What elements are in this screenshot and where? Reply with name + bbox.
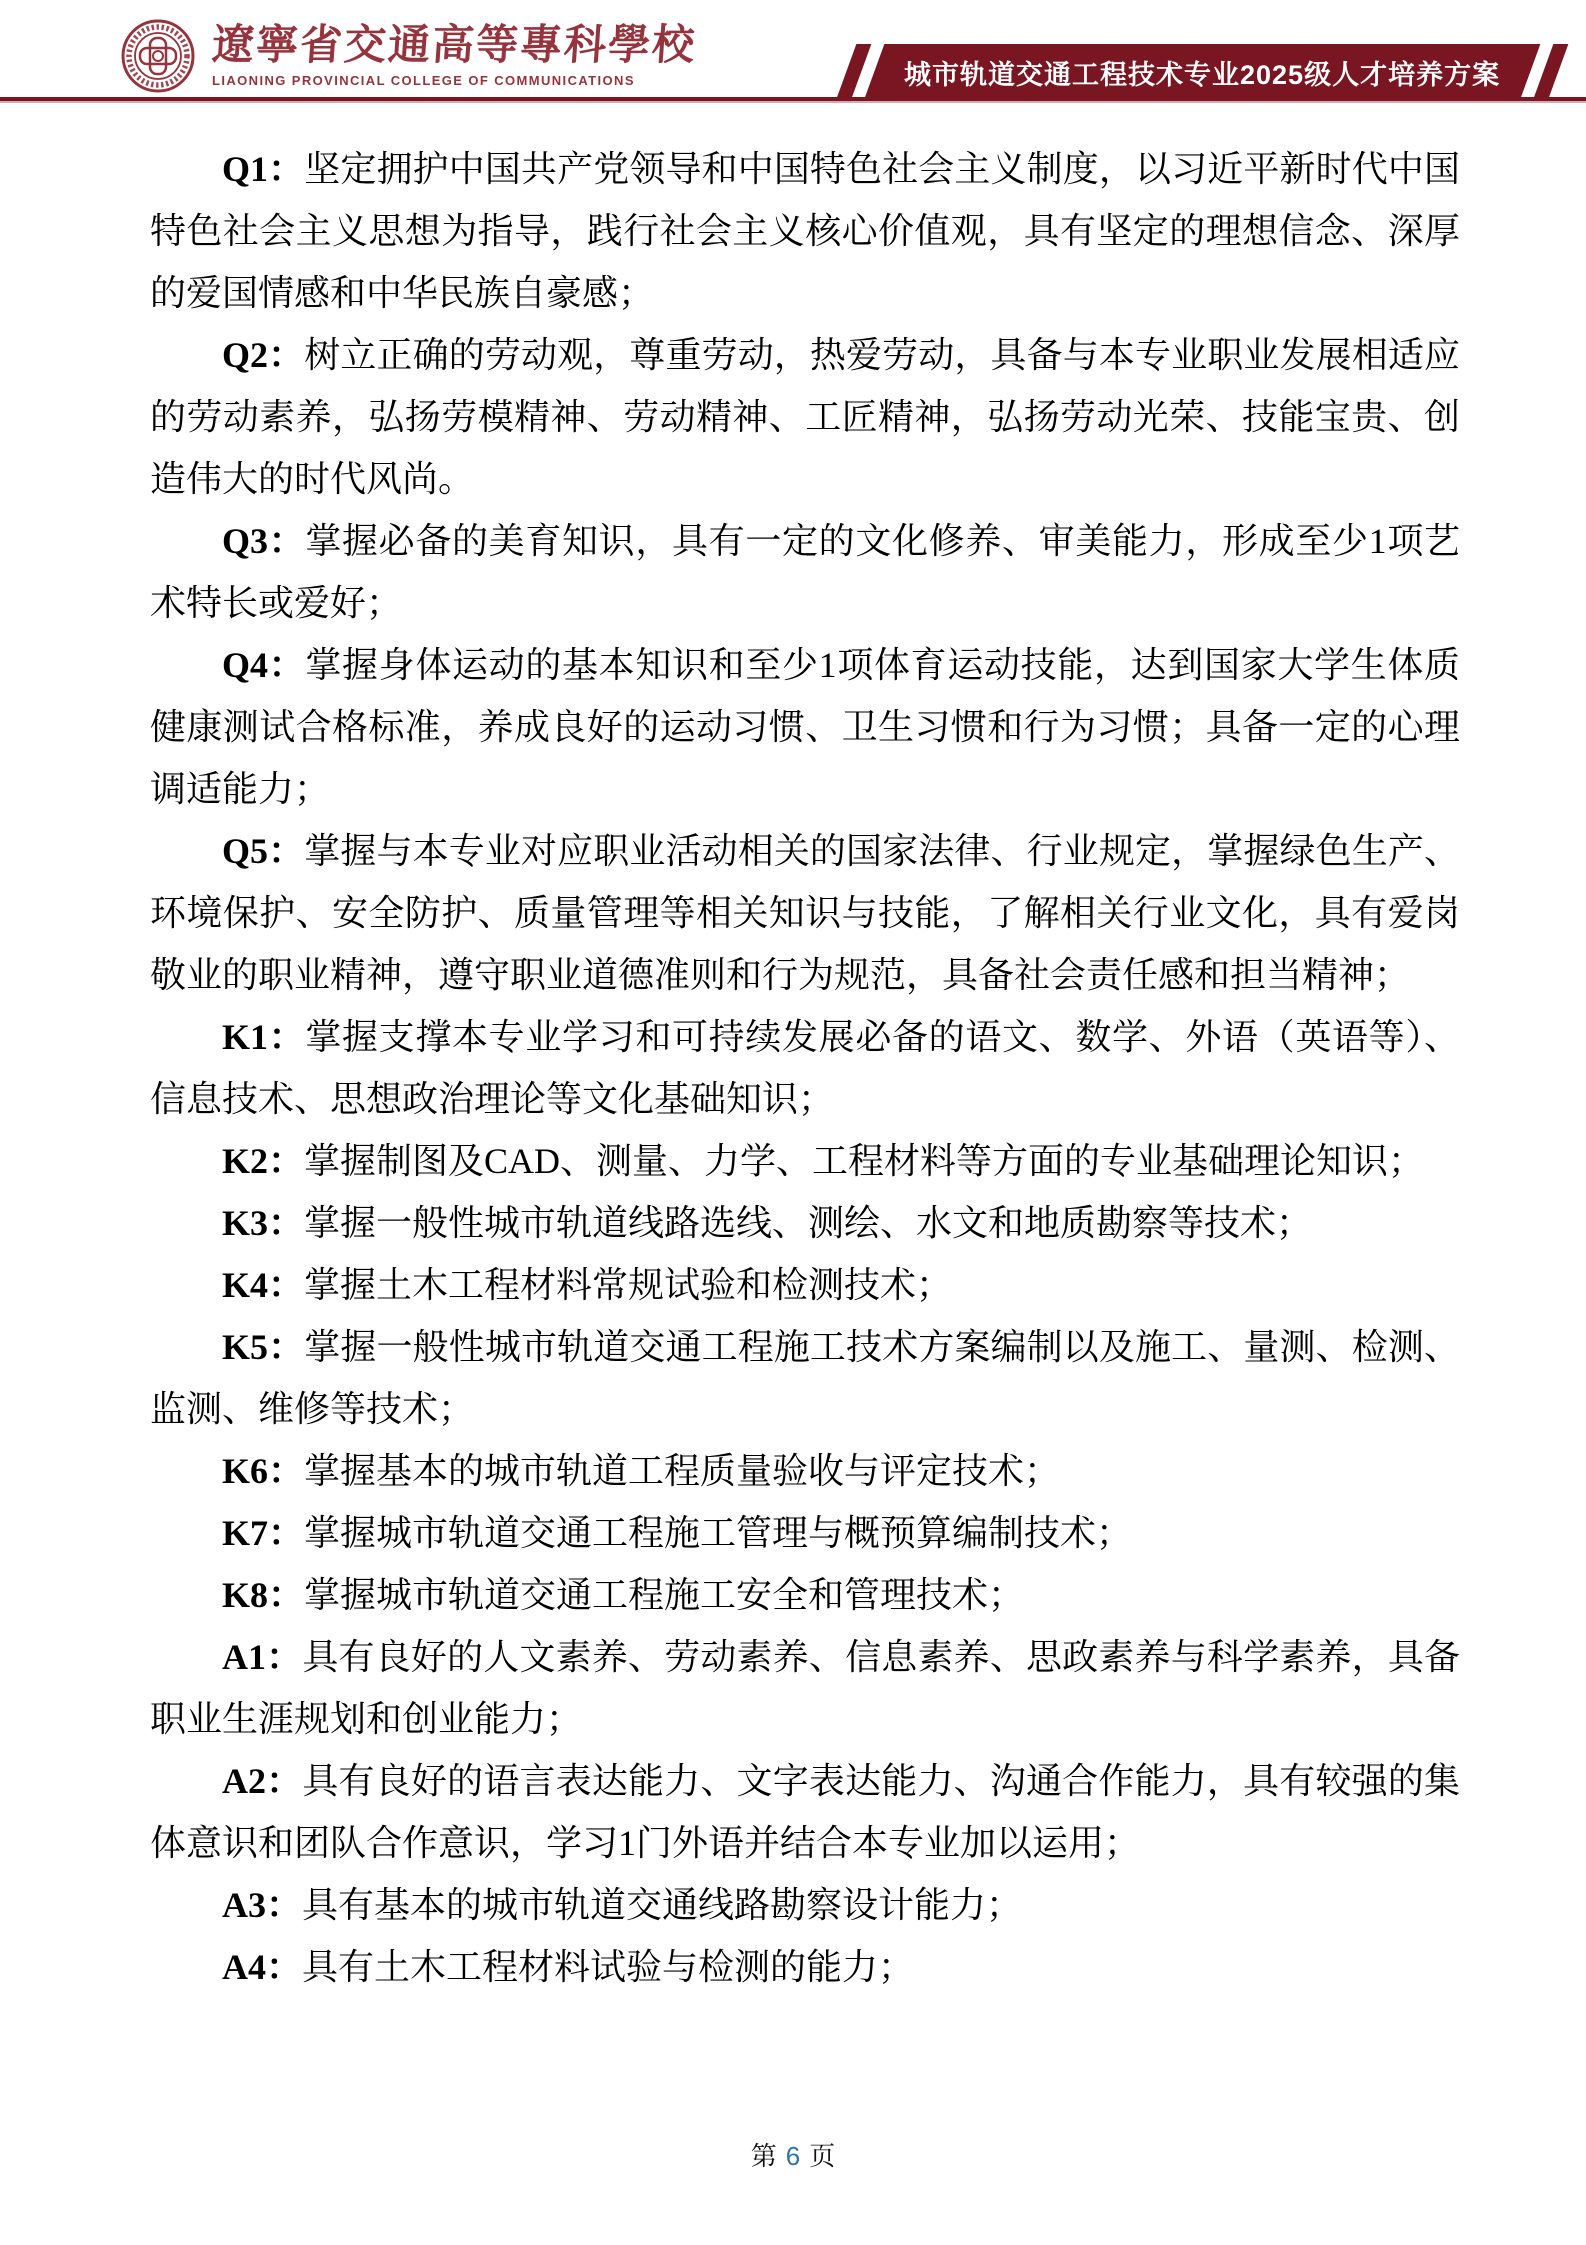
paragraph-text: 掌握制图及CAD、测量、力学、工程材料等方面的专业基础理论知识； bbox=[304, 1141, 1424, 1181]
paragraph-label: A4： bbox=[222, 1947, 302, 1987]
paragraph-label: Q3： bbox=[222, 521, 305, 561]
document-body: Q1：坚定拥护中国共产党领导和中国特色社会主义制度，以习近平新时代中国特色社会主… bbox=[150, 138, 1460, 1998]
paragraph-q4: Q4：掌握身体运动的基本知识和至少1项体育运动技能，达到国家大学生体质健康测试合… bbox=[150, 634, 1460, 820]
page-number-prefix: 第 bbox=[751, 2142, 777, 2171]
paragraph-label: K3： bbox=[222, 1203, 304, 1243]
paragraph-label: K7： bbox=[222, 1513, 304, 1553]
paragraph-label: A2： bbox=[222, 1761, 302, 1801]
paragraph-k8: K8：掌握城市轨道交通工程施工安全和管理技术； bbox=[150, 1564, 1460, 1626]
paragraph-text: 具有良好的人文素养、劳动素养、信息素养、思政素养与科学素养，具备职业生涯规划和创… bbox=[150, 1637, 1460, 1739]
paragraph-q1: Q1：坚定拥护中国共产党领导和中国特色社会主义制度，以习近平新时代中国特色社会主… bbox=[150, 138, 1460, 324]
paragraph-text: 掌握基本的城市轨道工程质量验收与评定技术； bbox=[304, 1451, 1060, 1491]
paragraph-text: 坚定拥护中国共产党领导和中国特色社会主义制度，以习近平新时代中国特色社会主义思想… bbox=[150, 149, 1460, 313]
school-name-block: 遼寧省交通高等專科學校 LIAONING PROVINCIAL COLLEGE … bbox=[212, 24, 696, 88]
paragraph-a1: A1：具有良好的人文素养、劳动素养、信息素养、思政素养与科学素养，具备职业生涯规… bbox=[150, 1626, 1460, 1750]
page-footer: 第6页 bbox=[0, 2136, 1586, 2173]
paragraph-text: 掌握支撑本专业学习和可持续发展必备的语文、数学、外语（英语等）、信息技术、思想政… bbox=[150, 1017, 1460, 1119]
school-name-cn: 遼寧省交通高等專科學校 bbox=[210, 24, 697, 68]
paragraph-text: 掌握城市轨道交通工程施工管理与概预算编制技术； bbox=[304, 1513, 1132, 1553]
document-title: 城市轨道交通工程技术专业2025级人才培养方案 bbox=[904, 53, 1500, 92]
paragraph-q3: Q3：掌握必备的美育知识，具有一定的文化修养、审美能力，形成至少1项艺术特长或爱… bbox=[150, 510, 1460, 634]
paragraph-label: K6： bbox=[222, 1451, 304, 1491]
school-name-en: LIAONING PROVINCIAL COLLEGE OF COMMUNICA… bbox=[212, 73, 696, 88]
paragraph-text: 具有基本的城市轨道交通线路勘察设计能力； bbox=[302, 1885, 1022, 1925]
paragraph-a2: A2：具有良好的语言表达能力、文字表达能力、沟通合作能力，具有较强的集体意识和团… bbox=[150, 1750, 1460, 1874]
paragraph-label: K5： bbox=[222, 1327, 304, 1367]
page-number: 6 bbox=[786, 2141, 800, 2171]
document-page: 遼寧省交通高等專科學校 LIAONING PROVINCIAL COLLEGE … bbox=[0, 0, 1586, 2245]
paragraph-label: Q1： bbox=[222, 149, 304, 189]
paragraph-k6: K6：掌握基本的城市轨道工程质量验收与评定技术； bbox=[150, 1440, 1460, 1502]
paragraph-label: Q5： bbox=[222, 831, 304, 871]
paragraph-text: 具有土木工程材料试验与检测的能力； bbox=[302, 1947, 914, 1987]
paragraph-text: 掌握土木工程材料常规试验和检测技术； bbox=[304, 1265, 952, 1305]
paragraph-label: A3： bbox=[222, 1885, 302, 1925]
paragraph-k2: K2：掌握制图及CAD、测量、力学、工程材料等方面的专业基础理论知识； bbox=[150, 1130, 1460, 1192]
paragraph-label: Q4： bbox=[222, 645, 305, 685]
paragraph-text: 掌握身体运动的基本知识和至少1项体育运动技能，达到国家大学生体质健康测试合格标准… bbox=[150, 645, 1460, 809]
paragraph-text: 掌握一般性城市轨道交通工程施工技术方案编制以及施工、量测、检测、监测、维修等技术… bbox=[150, 1327, 1460, 1429]
paragraph-k5: K5：掌握一般性城市轨道交通工程施工技术方案编制以及施工、量测、检测、监测、维修… bbox=[150, 1316, 1460, 1440]
paragraph-k7: K7：掌握城市轨道交通工程施工管理与概预算编制技术； bbox=[150, 1502, 1460, 1564]
banner-main: 城市轨道交通工程技术专业2025级人才培养方案 bbox=[864, 44, 1541, 101]
paragraph-k1: K1：掌握支撑本专业学习和可持续发展必备的语文、数学、外语（英语等）、信息技术、… bbox=[150, 1006, 1460, 1130]
paragraph-label: Q2： bbox=[222, 335, 304, 375]
paragraph-text: 掌握一般性城市轨道线路选线、测绘、水文和地质勘察等技术； bbox=[304, 1203, 1312, 1243]
paragraph-label: K8： bbox=[222, 1575, 304, 1615]
paragraph-a4: A4：具有土木工程材料试验与检测的能力； bbox=[150, 1936, 1460, 1998]
paragraph-k3: K3：掌握一般性城市轨道线路选线、测绘、水文和地质勘察等技术； bbox=[150, 1192, 1460, 1254]
school-logo: 遼寧省交通高等專科學校 LIAONING PROVINCIAL COLLEGE … bbox=[120, 18, 696, 94]
paragraph-q5: Q5：掌握与本专业对应职业活动相关的国家法律、行业规定，掌握绿色生产、环境保护、… bbox=[150, 820, 1460, 1006]
paragraph-label: K1： bbox=[222, 1017, 305, 1057]
paragraph-k4: K4：掌握土木工程材料常规试验和检测技术； bbox=[150, 1254, 1460, 1316]
paragraph-text: 具有良好的语言表达能力、文字表达能力、沟通合作能力，具有较强的集体意识和团队合作… bbox=[150, 1761, 1460, 1863]
paragraph-text: 掌握城市轨道交通工程施工安全和管理技术； bbox=[304, 1575, 1024, 1615]
header-banner: 城市轨道交通工程技术专业2025级人才培养方案 bbox=[836, 44, 1569, 101]
paragraph-label: A1： bbox=[222, 1637, 302, 1677]
paragraph-text: 掌握与本专业对应职业活动相关的国家法律、行业规定，掌握绿色生产、环境保护、安全防… bbox=[150, 831, 1460, 995]
banner-right-stripe bbox=[1533, 44, 1569, 101]
paragraph-label: K2： bbox=[222, 1141, 304, 1181]
paragraph-q2: Q2：树立正确的劳动观，尊重劳动，热爱劳动，具备与本专业职业发展相适应的劳动素养… bbox=[150, 324, 1460, 510]
school-seal-icon bbox=[120, 18, 196, 94]
paragraph-text: 树立正确的劳动观，尊重劳动，热爱劳动，具备与本专业职业发展相适应的劳动素养，弘扬… bbox=[150, 335, 1460, 499]
paragraph-a3: A3：具有基本的城市轨道交通线路勘察设计能力； bbox=[150, 1874, 1460, 1936]
paragraph-text: 掌握必备的美育知识，具有一定的文化修养、审美能力，形成至少1项艺术特长或爱好； bbox=[150, 521, 1460, 623]
page-number-suffix: 页 bbox=[809, 2142, 835, 2171]
paragraph-label: K4： bbox=[222, 1265, 304, 1305]
